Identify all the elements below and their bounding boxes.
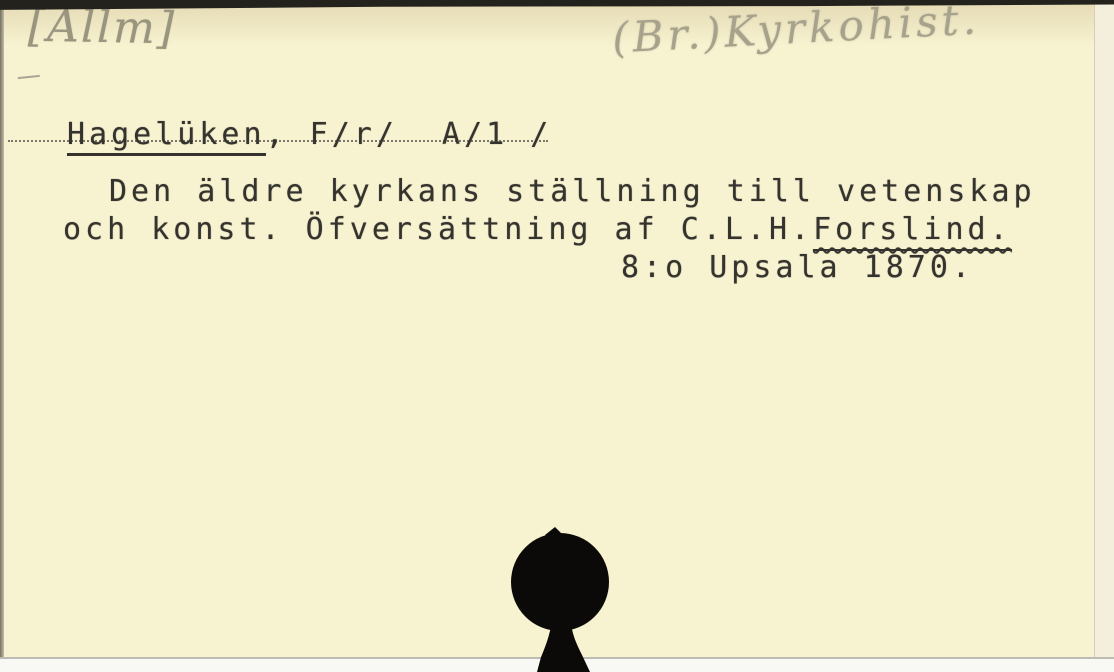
card-right-edge-strip bbox=[1094, 0, 1114, 672]
catalog-card-scan: [Allm] (Br.)Kyrkohist. Hagelüken, F/r/ A… bbox=[0, 0, 1114, 672]
translator-name-underlined: Forslind. bbox=[813, 212, 1012, 251]
pencil-dash-mark bbox=[18, 75, 41, 83]
heading-line: Hagelüken, F/r/ A/1 / bbox=[67, 117, 552, 152]
punch-hole-silhouette bbox=[500, 525, 620, 672]
translator-name: Forslind. bbox=[813, 212, 1012, 247]
heading-author-name: Hagelüken bbox=[67, 117, 266, 156]
heading-shelfmark: , F/r/ A/1 / bbox=[266, 117, 553, 152]
scanner-edge-left bbox=[0, 0, 4, 660]
title-line-2: och konst. Öfversättning af C.L.H.Forsli… bbox=[63, 212, 1012, 247]
title-line-1: Den äldre kyrkans ställning till vetensk… bbox=[109, 174, 1036, 209]
title-line-2-text: och konst. Öfversättning af C.L.H. bbox=[63, 212, 813, 247]
imprint-line: 8:o Upsala 1870. bbox=[621, 250, 974, 285]
